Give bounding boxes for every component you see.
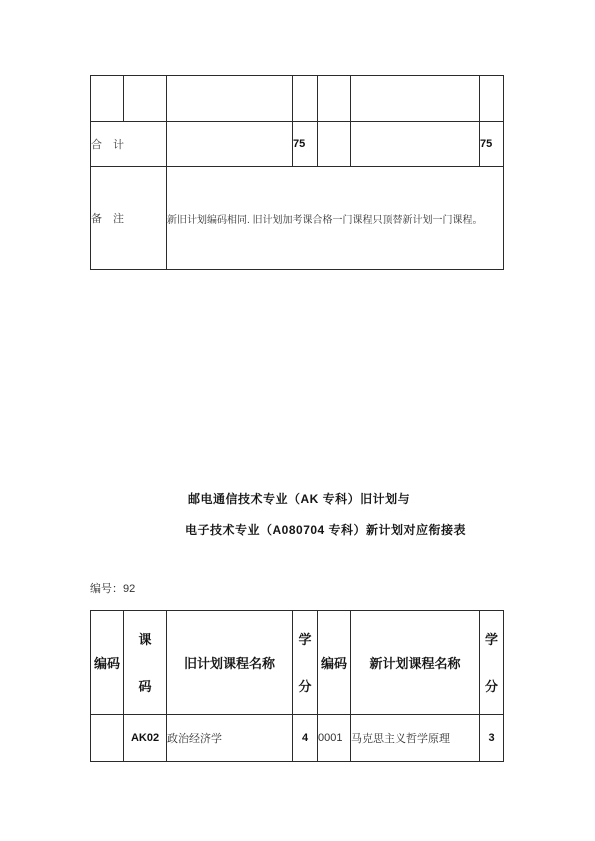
- new-credits-total: 75: [480, 122, 504, 167]
- mapping-table: 编码 课 码 旧计划课程名称 学 分 编码 新计划课程名称 学 分: [90, 610, 504, 762]
- header-course-code-line1: 课: [124, 616, 166, 663]
- row-old-name: 政治经济学: [167, 715, 293, 762]
- row-prefix-cell: [91, 715, 124, 762]
- header-row: 编码 课 码 旧计划课程名称 学 分 编码 新计划课程名称 学 分: [91, 611, 504, 715]
- row-new-credit: 3: [480, 715, 504, 762]
- empty-cell: [351, 122, 480, 167]
- remark-text: 新旧计划编码相同. 旧计划加考课合格一门课程只顶替新计划一门课程。: [167, 167, 504, 270]
- header-old-course-name: 旧计划课程名称: [167, 611, 293, 715]
- row-new-code: 0001: [318, 715, 351, 762]
- empty-cell: [318, 122, 351, 167]
- header-new-credit: 学 分: [480, 611, 504, 715]
- empty-cell: [351, 76, 480, 122]
- old-credits-total: 75: [293, 122, 318, 167]
- empty-cell: [167, 122, 293, 167]
- table-row: AK02 政治经济学 4 0001 马克思主义哲学原理 3: [91, 715, 504, 762]
- total-row: 合 计 75 75: [91, 122, 504, 167]
- prev-course-table: 合 计 75 75 备 注 新旧计划编码相同. 旧计划加考课合格一门课程只顶替新…: [90, 75, 504, 270]
- empty-cell: [167, 76, 293, 122]
- empty-cell: [318, 76, 351, 122]
- header-course-code-line2: 码: [124, 663, 166, 710]
- header-old-credit-line2: 分: [293, 663, 317, 710]
- doc-title-line1: 邮电通信技术专业（AK 专科）旧计划与: [188, 490, 410, 507]
- header-course-code: 课 码: [124, 611, 167, 715]
- doc-title-line2: 电子技术专业（A080704 专科）新计划对应衔接表: [185, 521, 466, 538]
- header-new-credit-line1: 学: [480, 616, 503, 663]
- header-code: 编码: [91, 611, 124, 715]
- header-old-credit: 学 分: [293, 611, 318, 715]
- serial-number: 编号：92: [90, 580, 135, 596]
- remark-row: 备 注 新旧计划编码相同. 旧计划加考课合格一门课程只顶替新计划一门课程。: [91, 167, 504, 270]
- empty-cell: [480, 76, 504, 122]
- header-new-course-name: 新计划课程名称: [351, 611, 480, 715]
- total-label: 合 计: [91, 122, 167, 167]
- empty-cell: [293, 76, 318, 122]
- row-new-name: 马克思主义哲学原理: [351, 715, 480, 762]
- header-old-credit-line1: 学: [293, 616, 317, 663]
- document-page: 合 计 75 75 备 注 新旧计划编码相同. 旧计划加考课合格一门课程只顶替新…: [0, 0, 595, 841]
- row-old-credit: 4: [293, 715, 318, 762]
- empty-row: [91, 76, 504, 122]
- empty-cell: [91, 76, 124, 122]
- row-old-code: AK02: [124, 715, 167, 762]
- empty-cell: [124, 76, 167, 122]
- header-new-code: 编码: [318, 611, 351, 715]
- header-new-credit-line2: 分: [480, 663, 503, 710]
- remark-label: 备 注: [91, 167, 167, 270]
